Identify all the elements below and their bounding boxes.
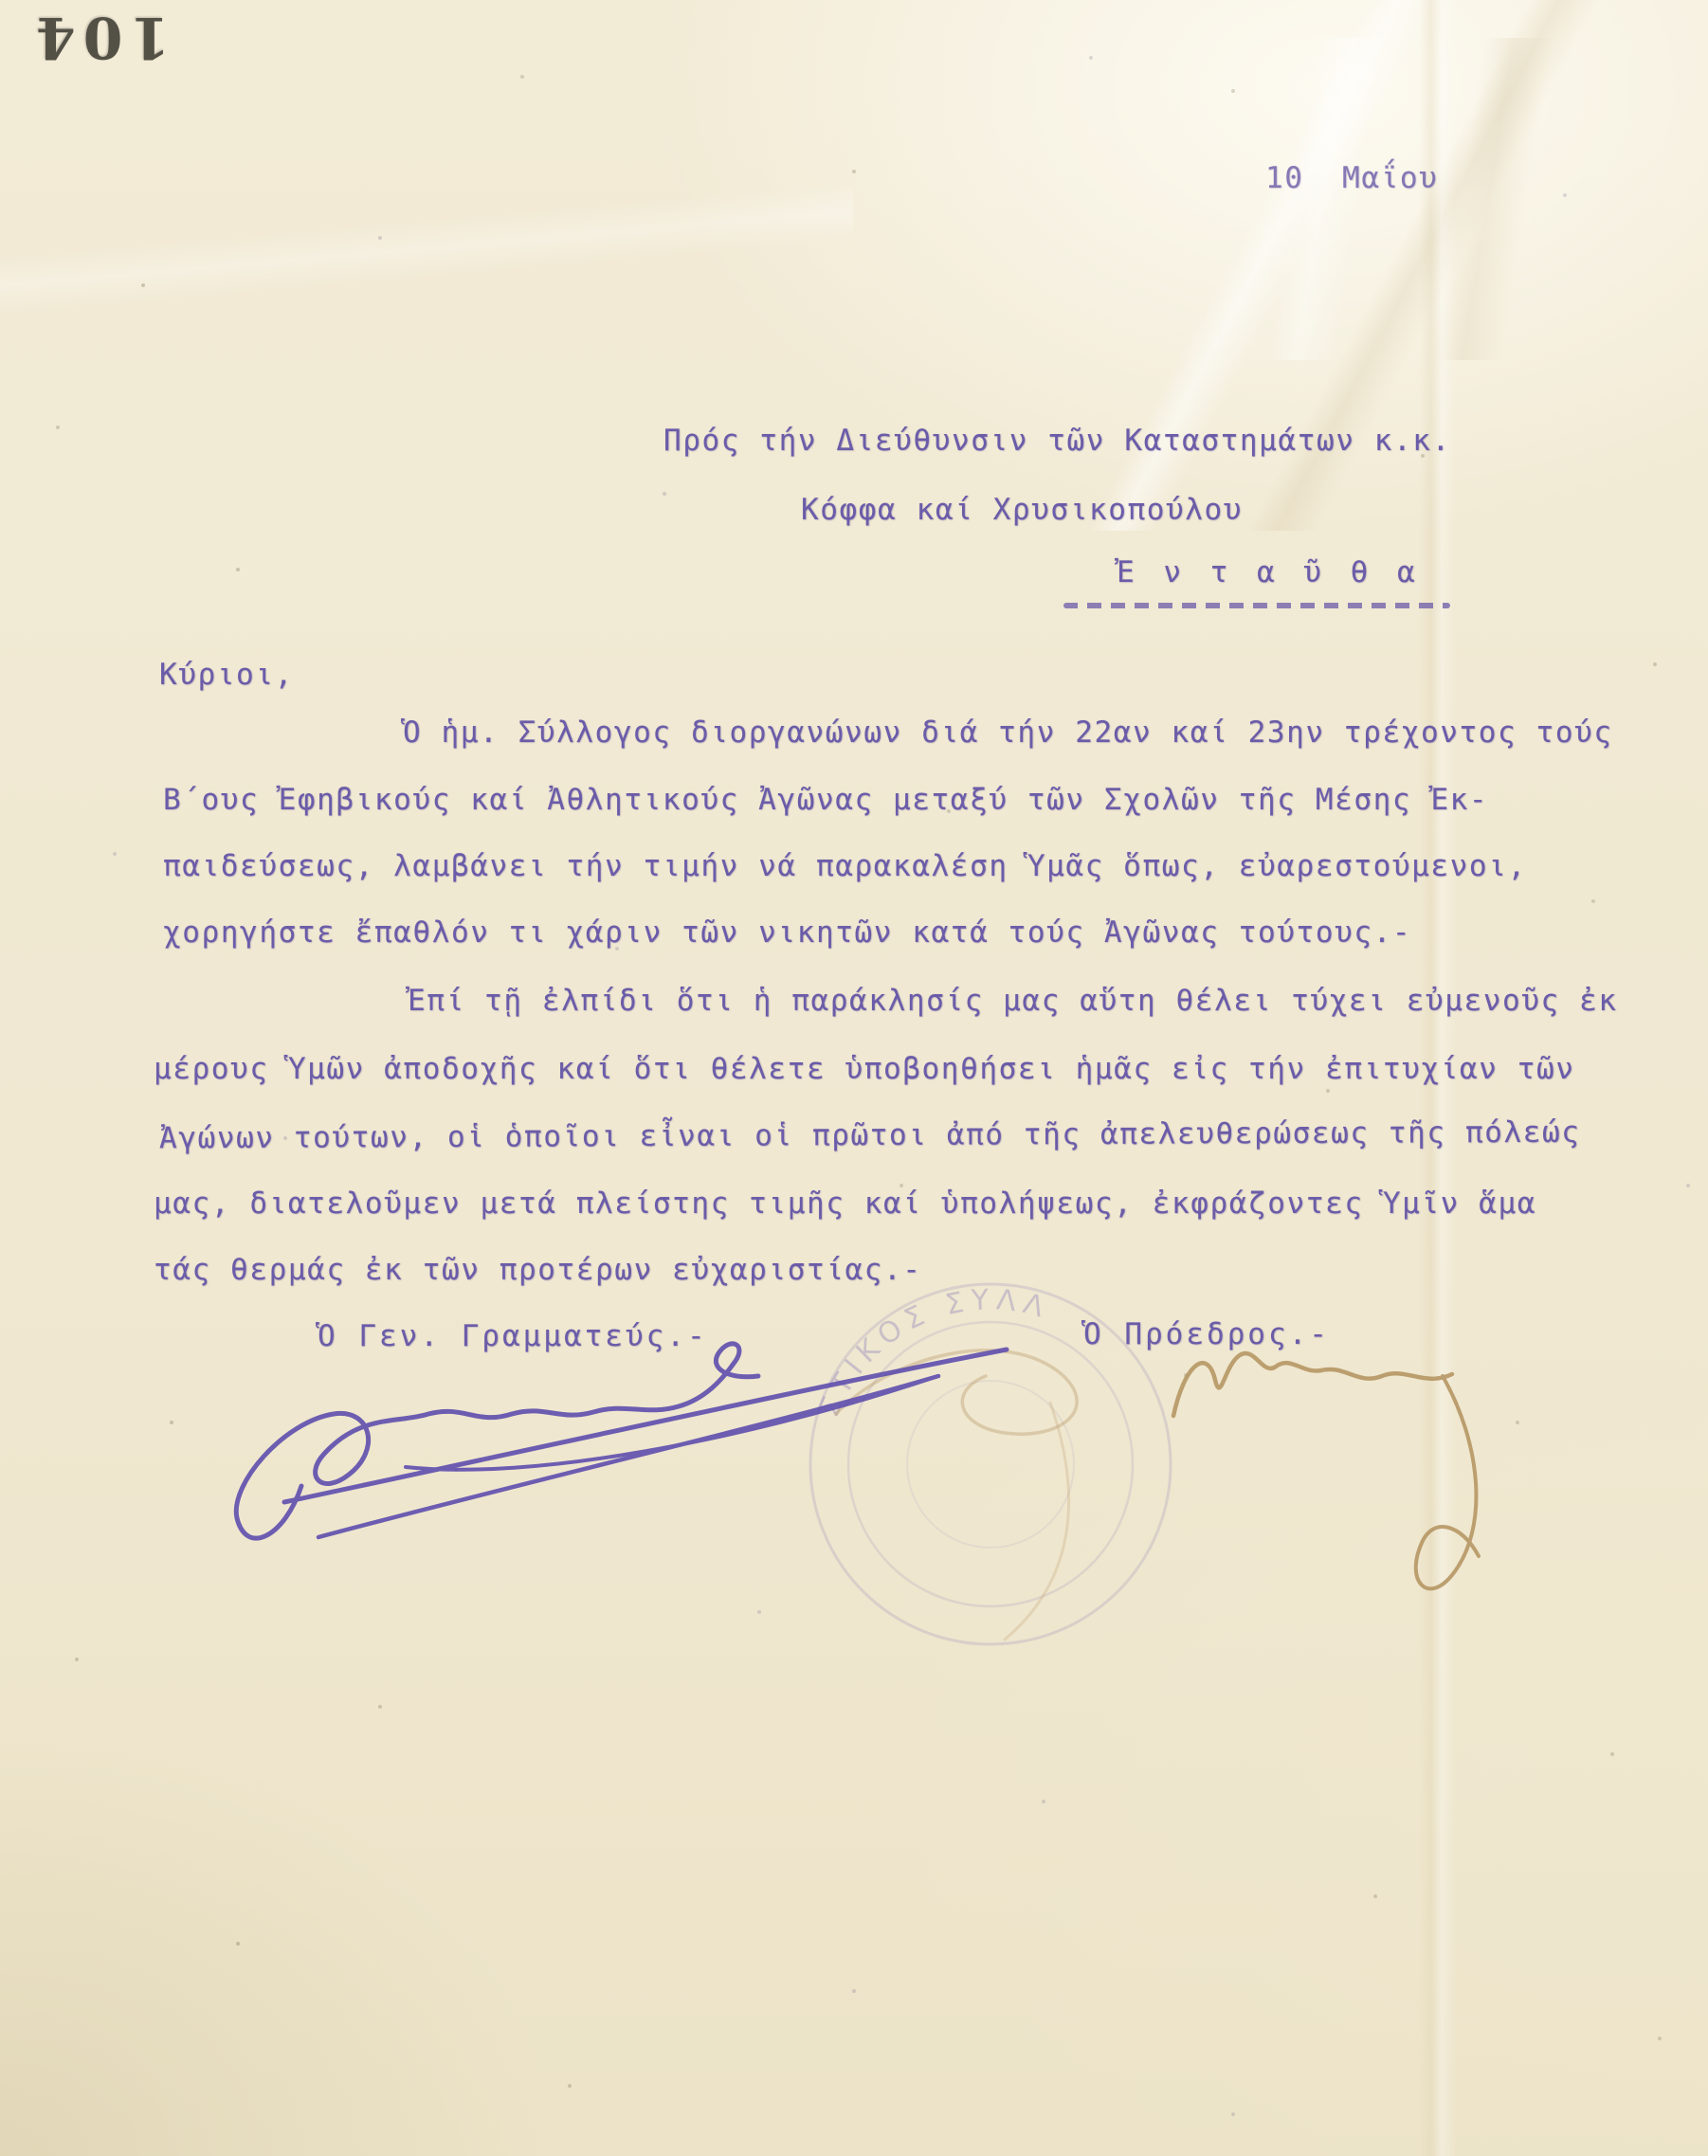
recipient-line-1: Πρός τήν Διεύθυνσιν τῶν Καταστημάτων κ.κ… — [663, 424, 1451, 458]
paper-speckles — [0, 0, 2, 2]
sepia-flourish — [836, 1350, 1077, 1640]
president-title: Ὁ Πρόεδρος.- — [1083, 1317, 1330, 1351]
svg-text:ΣΤΙΚΟΣ ΣΥΛΛ: ΣΤΙΚΟΣ ΣΥΛΛ — [812, 1283, 1053, 1422]
president-signature — [1173, 1353, 1479, 1588]
stamp-arc-text: ΣΤΙΚΟΣ ΣΥΛΛ — [812, 1283, 1053, 1422]
archive-page-number: 104 — [28, 4, 170, 70]
secretary-signature — [236, 1344, 1007, 1538]
salutation: Κύριοι, — [159, 658, 294, 692]
paragraph2-line: τάς θερμάς ἐκ τῶν προτέρων εὐχαριστίας.- — [154, 1253, 922, 1287]
paragraph1-line: Β΄ους Ἐφηβικούς καί Ἀθλητικούς Ἀγῶνας με… — [163, 783, 1488, 817]
recipient-line-3: Ἐ ν τ α ῦ θ α — [1117, 555, 1421, 589]
dashed-underline — [1063, 603, 1450, 608]
paragraph2-line: μέρους Ὑμῶν ἀποδοχῆς καί ὅτι θέλετε ὑποβ… — [154, 1052, 1575, 1086]
paragraph2-line: μας, διατελοῦμεν μετά πλείστης τιμῆς καί… — [154, 1187, 1536, 1221]
letter-date: 10 Μαΐου — [1265, 161, 1438, 195]
recipient-line-2: Κόφφα καί Χρυσικοπούλου — [801, 493, 1243, 527]
paper-crease — [779, 38, 1708, 360]
paper-crease — [0, 114, 853, 398]
paragraph2-line: Ἀγώνων τούτων, οἱ ὁποῖοι εἶναι οἱ πρῶτοι… — [159, 1115, 1581, 1156]
paragraph1-line: χορηγήστε ἔπαθλόν τι χάριν τῶν νικητῶν κ… — [163, 915, 1411, 950]
paragraph2-line: Ἐπί τῇ ἐλπίδι ὅτι ἡ παράκλησίς μας αὕτη … — [408, 984, 1618, 1018]
paragraph1-line: παιδεύσεως, λαμβάνει τήν τιμήν νά παρακα… — [163, 849, 1527, 883]
letter-page: 104 10 Μαΐου Πρός τήν Διεύθυνσιν τῶν Κατ… — [0, 0, 1708, 2156]
secretary-title: Ὁ Γεν. Γραμματεύς.- — [318, 1319, 708, 1353]
paragraph1-line: Ὁ ἡμ. Σύλλογος διοργανώνων διά τήν 22αν … — [403, 716, 1613, 750]
